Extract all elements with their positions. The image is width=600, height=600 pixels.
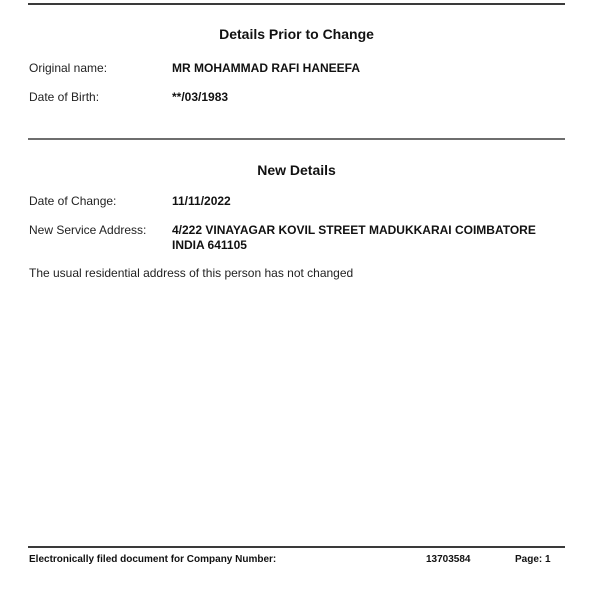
- date-of-birth-label: Date of Birth:: [29, 90, 99, 104]
- prior-section-title: Details Prior to Change: [0, 26, 593, 42]
- page-number: Page: 1: [515, 554, 551, 565]
- service-address-value-line2: INDIA 641105: [172, 238, 247, 253]
- section-divider: [28, 138, 565, 140]
- company-number: 13703584: [426, 554, 471, 565]
- top-divider: [28, 3, 565, 5]
- service-address-value-line1: 4/222 VINAYAGAR KOVIL STREET MADUKKARAI …: [172, 223, 536, 238]
- date-of-change-label: Date of Change:: [29, 194, 116, 208]
- service-address-label: New Service Address:: [29, 223, 146, 237]
- original-name-label: Original name:: [29, 61, 107, 75]
- footer-filed-text: Electronically filed document for Compan…: [29, 554, 276, 565]
- residential-address-note: The usual residential address of this pe…: [29, 266, 353, 280]
- date-of-birth-value: **/03/1983: [172, 90, 228, 105]
- original-name-value: MR MOHAMMAD RAFI HANEEFA: [172, 61, 360, 76]
- date-of-change-value: 11/11/2022: [172, 194, 231, 209]
- new-details-section-title: New Details: [0, 162, 593, 178]
- footer-divider: [28, 546, 565, 548]
